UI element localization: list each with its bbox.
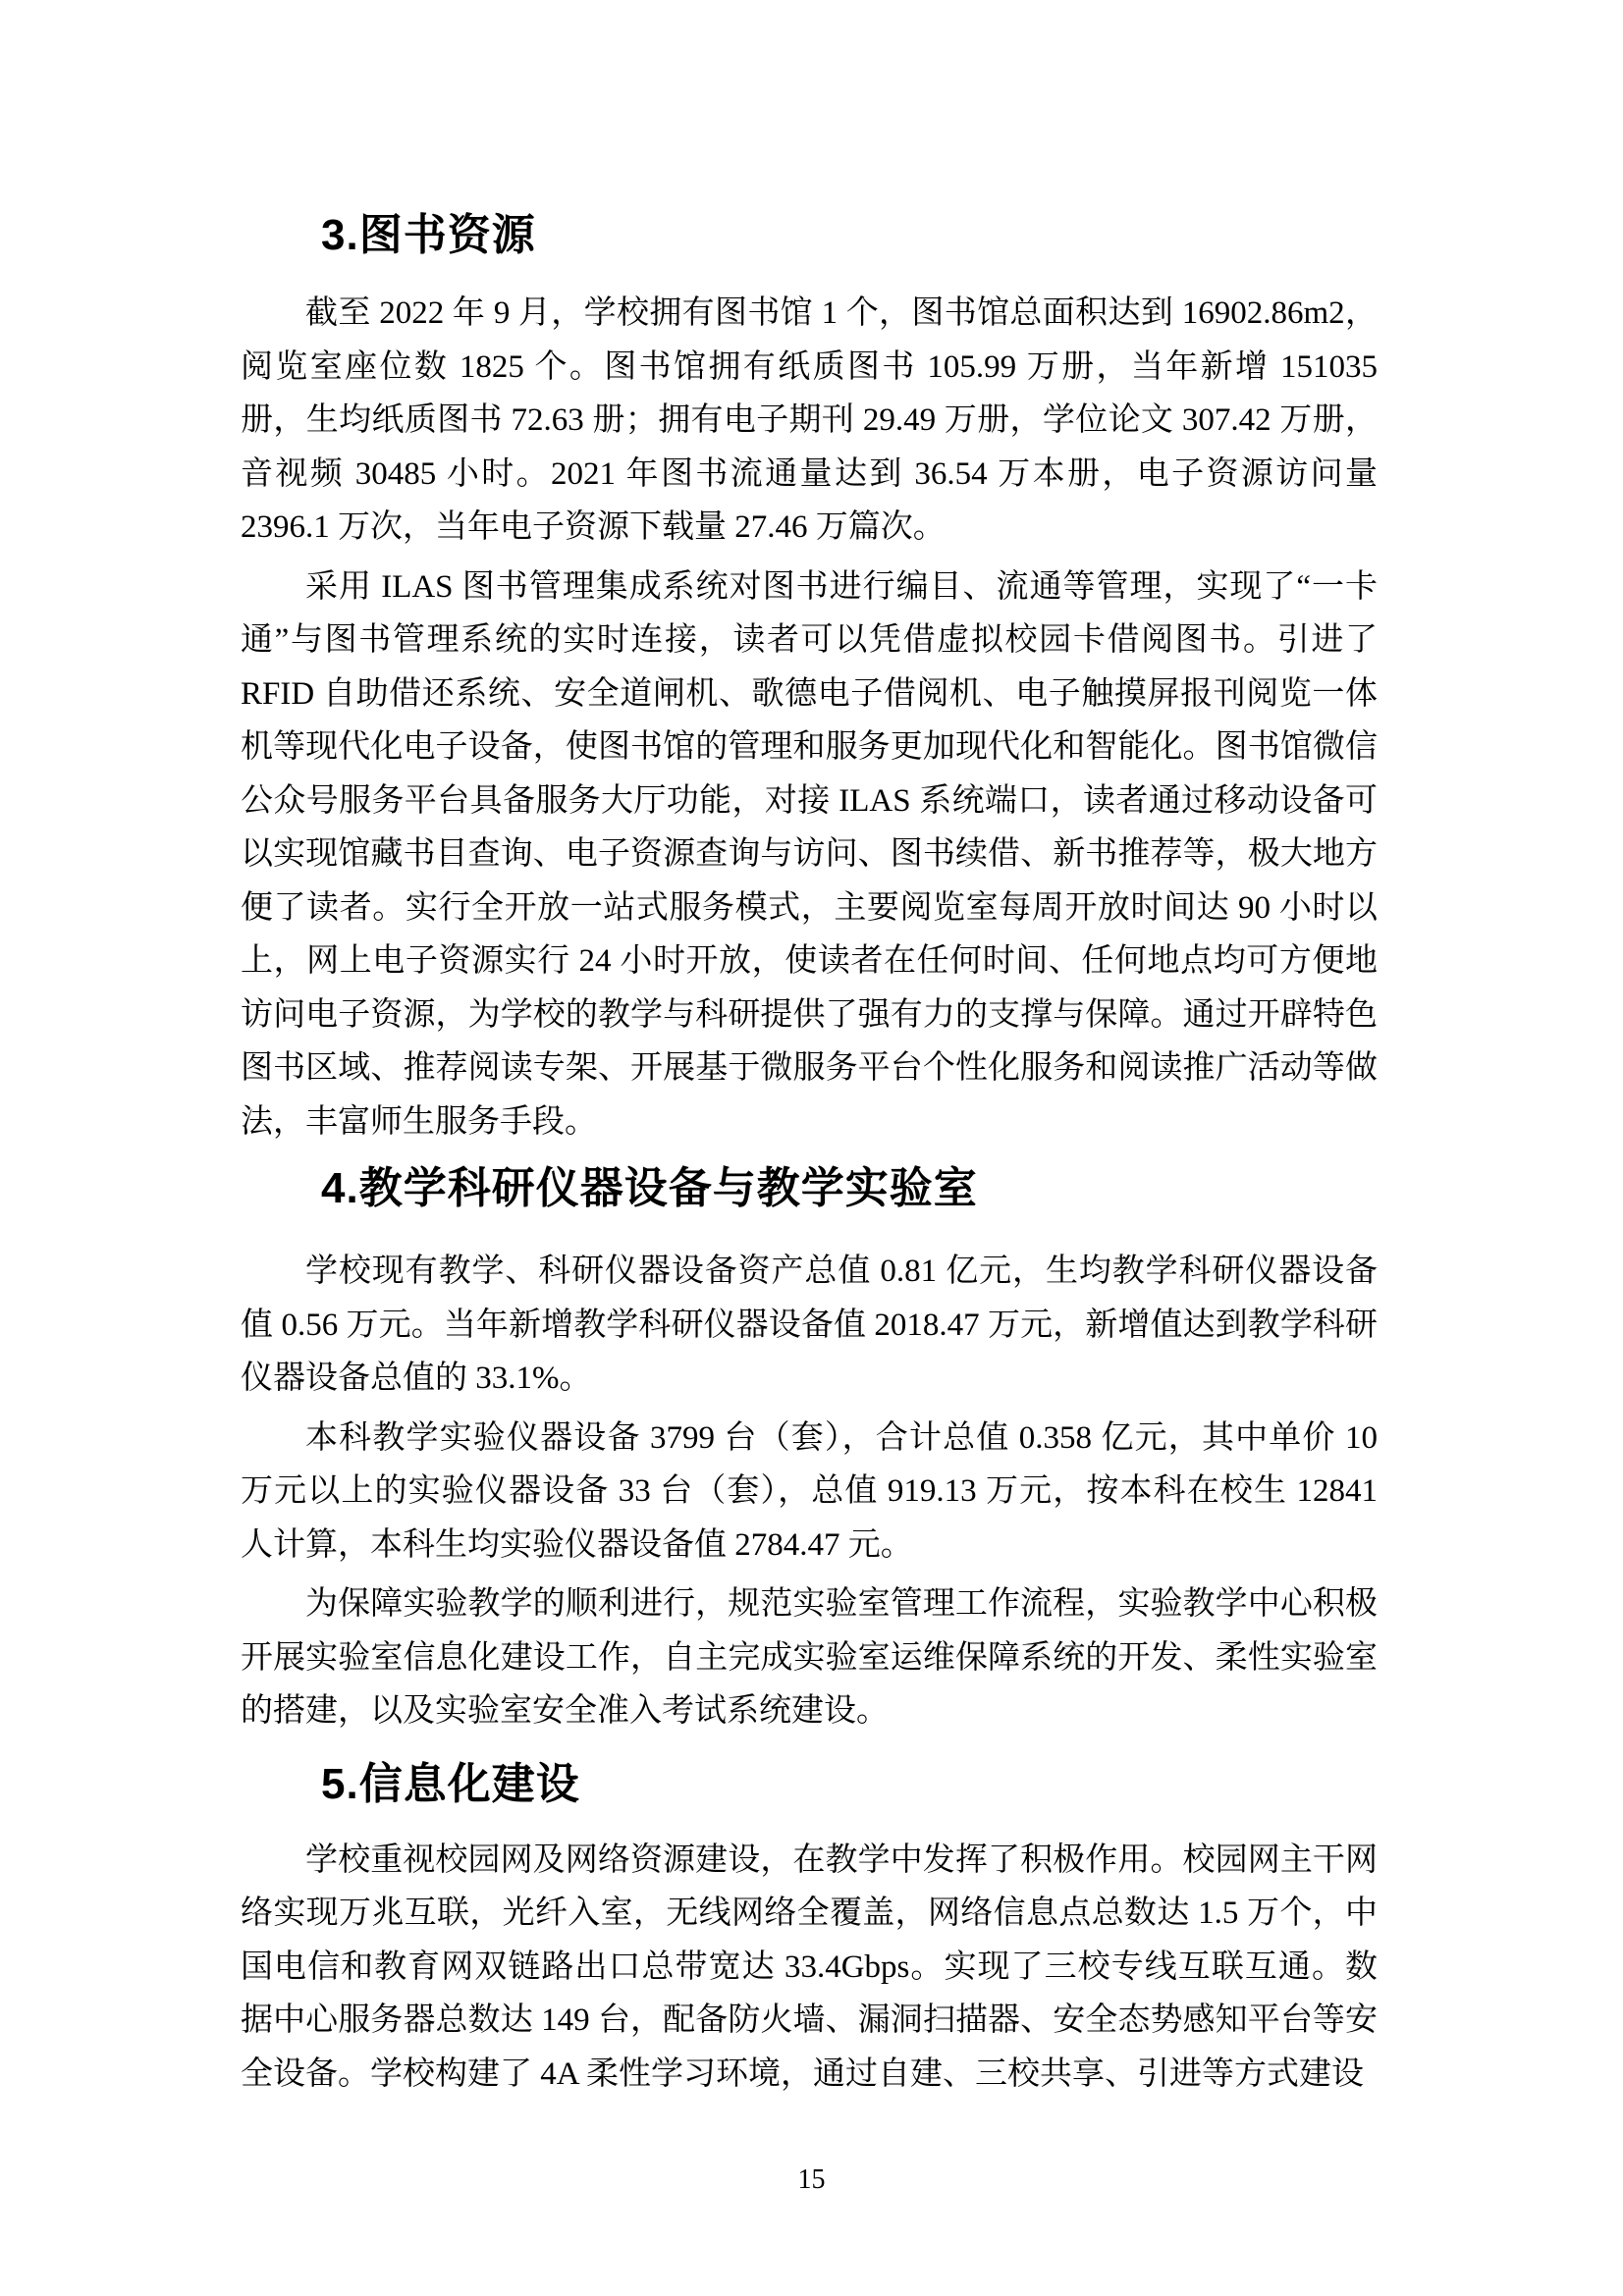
paragraph-library-systems: 采用 ILAS 图书管理集成系统对图书进行编目、流通等管理，实现了“一卡通”与图…	[241, 561, 1378, 1149]
paragraph-equipment-value: 学校现有教学、科研仪器设备资产总值 0.81 亿元，生均教学科研仪器设备值 0.…	[241, 1245, 1378, 1406]
document-content: 3.图书资源 截至 2022 年 9 月，学校拥有图书馆 1 个，图书馆总面积达…	[241, 209, 1378, 2107]
section-heading-equipment-labs: 4.教学科研仪器设备与教学实验室	[241, 1162, 1378, 1215]
paragraph-library-stats: 截至 2022 年 9 月，学校拥有图书馆 1 个，图书馆总面积达到 16902…	[241, 287, 1378, 555]
section-heading-library-resources: 3.图书资源	[241, 209, 1378, 262]
paragraph-campus-network: 学校重视校园网及网络资源建设，在教学中发挥了积极作用。校园网主干网络实现万兆互联…	[241, 1834, 1378, 2102]
paragraph-lab-instruments: 本科教学实验仪器设备 3799 台（套），合计总值 0.358 亿元，其中单价 …	[241, 1412, 1378, 1573]
paragraph-lab-management: 为保障实验教学的顺利进行，规范实验室管理工作流程，实验教学中心积极开展实验室信息…	[241, 1577, 1378, 1738]
section-heading-informatization: 5.信息化建设	[241, 1758, 1378, 1811]
page-number: 15	[0, 2164, 1623, 2196]
document-page: 3.图书资源 截至 2022 年 9 月，学校拥有图书馆 1 个，图书馆总面积达…	[0, 0, 1623, 2296]
